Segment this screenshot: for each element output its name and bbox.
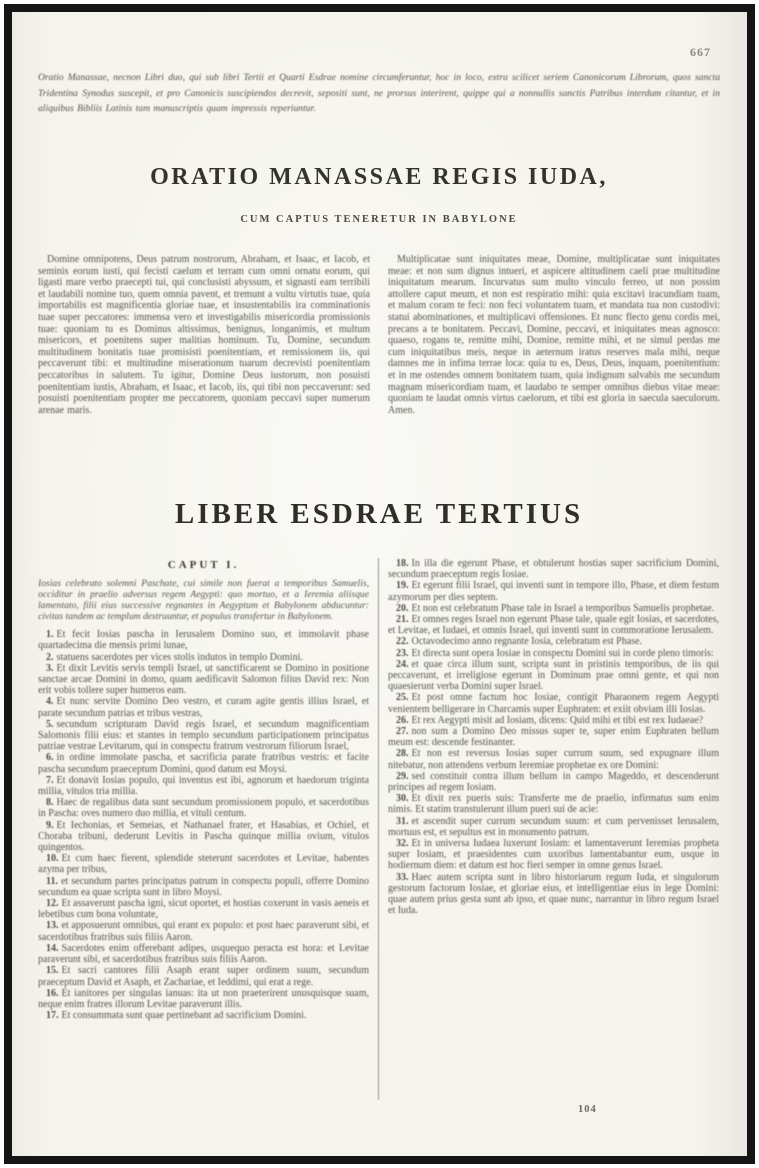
verse-number: 9. [46,820,54,831]
verse-number: 22. [396,636,409,647]
verse: 27.non sum a Domino Deo missus super te,… [388,726,719,748]
verse: 19.Et egerunt filii Israel, qui inventi … [388,580,719,602]
esdrae-column-right: 18.In illa die egerunt Phase, et obtuler… [378,558,719,1100]
verse: 31.et ascendit super currum secundum suu… [388,816,719,838]
verse-text: et quae circa illum sunt, scripta sunt i… [388,659,719,692]
verse-text: Et ianitores per singulas ianuas: ita ut… [38,988,369,1010]
verse-text: Haec autem scripta sunt in libro histori… [388,872,719,917]
verse: 12.Et assaverunt pascha igni, sicut opor… [38,898,369,920]
verse-text: Haec de regalibus data sunt secundum pro… [38,797,369,819]
verse-number: 24. [396,659,409,670]
verse: 28.Et non est reversus Iosias super curr… [388,748,719,770]
oratio-column-right: Multiplicatae sunt iniquitates meae, Dom… [388,254,720,490]
verse-text: secundum scripturam David regis Israel, … [38,719,369,752]
verse-number: 3. [46,663,54,674]
verse: 8.Haec de regalibus data sunt secundum p… [38,797,369,819]
verse-number: 21. [396,614,409,625]
verse-text: Et in universa Iudaea luxerunt Iosiam: e… [388,838,719,871]
verse-text: Et directa sunt opera Iosiae in conspect… [412,648,714,659]
chapter-summary: Iosias celebrato solemni Paschate, cui s… [38,578,369,622]
verse-number: 1. [46,629,54,640]
verse-number: 25. [396,692,409,703]
verse-number: 12. [46,898,59,909]
verse: 18.In illa die egerunt Phase, et obtuler… [388,558,719,580]
verse-number: 30. [396,793,409,804]
verse-number: 11. [46,876,58,887]
verse-number: 32. [396,838,409,849]
verse-number: 4. [46,696,54,707]
verse-number: 29. [396,771,409,782]
signature-mark: 104 [578,1104,597,1115]
verse: 4.Et nunc servite Domino Deo vestro, et … [38,696,369,718]
verse-number: 28. [396,748,409,759]
oratio-columns: Domine omnipotens, Deus patrum nostrorum… [38,254,720,490]
oratio-text-left: Domine omnipotens, Deus patrum nostrorum… [38,254,370,416]
verse: 26.Et rex Aegypti misit ad Iosiam, dicen… [388,715,719,726]
verse-number: 13. [46,920,59,931]
verse-text: Et nunc servite Domino Deo vestro, et cu… [38,696,369,718]
verse: 23.Et directa sunt opera Iosiae in consp… [388,648,719,659]
verse-text: Et rex Aegypti misit ad Iosiam, dicens: … [412,715,704,726]
verse: 33.Haec autem scripta sunt in libro hist… [388,872,719,917]
oratio-column-left: Domine omnipotens, Deus patrum nostrorum… [38,254,370,490]
verse-text: Octavodecimo anno regnante Iosia, celebr… [412,636,642,647]
esdrae-title: LIBER ESDRAE TERTIUS [38,498,720,531]
page-number: 667 [690,45,711,60]
headnote: Oratio Manassae, necnon Libri duo, qui s… [38,70,720,117]
verse-text: Sacerdotes enim offerebant adipes, usque… [38,943,369,965]
verse: 25.Et post omne factum hoc Iosiae, conti… [388,692,719,714]
verse-text: Et Iechonias, et Semeias, et Nathanael f… [38,820,369,853]
verse: 22.Octavodecimo anno regnante Iosia, cel… [388,636,719,647]
oratio-text-right: Multiplicatae sunt iniquitates meae, Dom… [388,254,720,416]
verse-number: 2. [46,652,54,663]
verse-list-left: 1.Et fecit Iosias pascha in Ierusalem Do… [38,629,369,1021]
verse-text: Et non est reversus Iosias super currum … [388,748,719,770]
chapter-heading: CAPUT I. [38,560,369,571]
verse-number: 10. [46,853,59,864]
verse: 11.et secundum partes principatus patrum… [38,876,369,898]
scanned-page: 667 Oratio Manassae, necnon Libri duo, q… [4,4,755,1164]
verse-number: 15. [46,965,59,976]
verse: 29.sed constituit contra illum bellum in… [388,771,719,793]
verse-text: et secundum partes principatus patrum in… [38,876,369,898]
verse-number: 23. [396,648,409,659]
verse-list-right: 18.In illa die egerunt Phase, et obtuler… [388,558,719,917]
verse-text: et ascendit super currum secundum suum: … [388,816,719,838]
verse-text: Et cum haec fierent, splendide steterunt… [38,853,369,875]
verse-number: 20. [396,603,409,614]
verse: 9.Et Iechonias, et Semeias, et Nathanael… [38,820,369,854]
page-body: 667 Oratio Manassae, necnon Libri duo, q… [12,12,747,1156]
verse-text: Et dixit Levitis servis templi Israel, u… [38,663,369,696]
verse-text: Et donavit Iosias populo, qui inventus e… [38,775,369,797]
verse: 30.Et dixit rex pueris suis: Transferte … [388,793,719,815]
verse-number: 5. [46,719,54,730]
verse-text: in ordine immolate pascha, et sacrificia… [38,752,369,774]
verse-number: 18. [396,558,409,569]
verse: 24.et quae circa illum sunt, scripta sun… [388,659,719,693]
verse-text: Et consummata sunt quae pertinebant ad s… [62,1010,307,1021]
verse-number: 19. [396,580,409,591]
verse-text: Et non est celebratum Phase tale in Isra… [412,603,715,614]
verse: 21.Et omnes reges Israel non egerunt Pha… [388,614,719,636]
verse-number: 27. [396,726,409,737]
verse: 3.Et dixit Levitis servis templi Israel,… [38,663,369,697]
verse: 17.Et consummata sunt quae pertinebant a… [38,1010,369,1021]
verse-text: et apposuerunt omnibus, qui erant ex pop… [38,920,369,942]
verse-text: Et dixit rex pueris suis: Transferte me … [388,793,719,815]
verse: 5.secundum scripturam David regis Israel… [38,719,369,753]
verse: 7.Et donavit Iosias populo, qui inventus… [38,775,369,797]
verse: 14.Sacerdotes enim offerebant adipes, us… [38,943,369,965]
verse-text: non sum a Domino Deo missus super te, su… [388,726,719,748]
esdrae-columns: CAPUT I. Iosias celebrato solemni Pascha… [38,558,720,1100]
verse-number: 16. [46,988,59,999]
verse: 13.et apposuerunt omnibus, qui erant ex … [38,920,369,942]
oratio-subtitle: CUM CAPTUS TENERETUR IN BABYLONE [38,214,720,225]
verse-number: 31. [396,816,409,827]
verse-text: Et post omne factum hoc Iosiae, contigit… [388,692,719,714]
verse-number: 14. [46,943,59,954]
verse: 10.Et cum haec fierent, splendide steter… [38,853,369,875]
verse-text: Et fecit Iosias pascha in Ierusalem Domi… [38,629,369,651]
verse: 16.Et ianitores per singulas ianuas: ita… [38,988,369,1010]
verse-text: In illa die egerunt Phase, et obtulerunt… [388,558,719,580]
verse: 1.Et fecit Iosias pascha in Ierusalem Do… [38,629,369,651]
verse-text: Et sacri cantores filii Asaph erant supe… [38,965,369,987]
esdrae-column-left: CAPUT I. Iosias celebrato solemni Pascha… [38,558,378,1100]
verse-text: statuens sacerdotes per vices stolis ind… [57,652,303,663]
verse-number: 17. [46,1010,59,1021]
verse: 32.Et in universa Iudaea luxerunt Iosiam… [388,838,719,872]
verse-text: sed constituit contra illum bellum in ca… [388,771,719,793]
verse: 6.in ordine immolate pascha, et sacrific… [38,752,369,774]
verse-number: 26. [396,715,409,726]
verse: 20.Et non est celebratum Phase tale in I… [388,603,719,614]
verse-number: 33. [396,872,409,883]
verse: 2.statuens sacerdotes per vices stolis i… [38,652,369,663]
verse-number: 8. [46,797,54,808]
verse-text: Et assaverunt pascha igni, sicut oportet… [38,898,369,920]
verse-text: Et omnes reges Israel non egerunt Phase … [388,614,719,636]
verse: 15.Et sacri cantores filii Asaph erant s… [38,965,369,987]
verse-number: 6. [46,752,54,763]
verse-number: 7. [46,775,54,786]
oratio-title: ORATIO MANASSAE REGIS IUDA, [38,164,720,191]
verse-text: Et egerunt filii Israel, qui inventi sun… [388,580,719,602]
